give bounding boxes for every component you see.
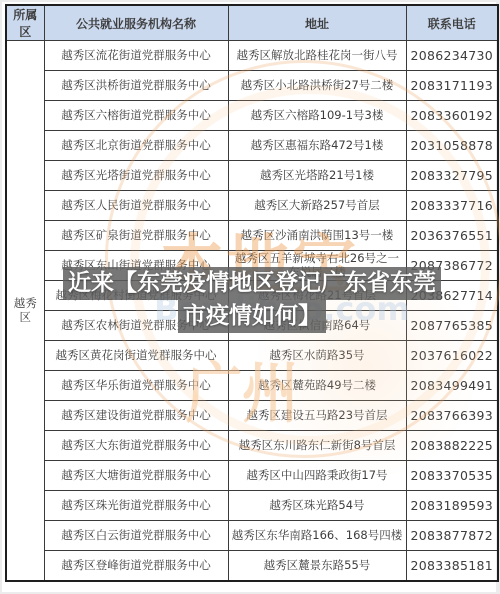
cell-address: 越秀区珠光路54号 [228,491,406,521]
col-header-address: 地址 [228,5,406,41]
cell-address: 越秀区麓景东路55号 [228,551,406,582]
cell-name: 越秀区人民街道党群服务中心 [44,191,228,221]
table-row: 越秀区越秀区流花街道党群服务中心越秀区解放北路桂花岗一街八号2086234730 [6,41,498,71]
cell-name: 越秀区黄花岗街道党群服务中心 [44,341,228,371]
col-header-district: 所属区 [6,5,44,41]
cell-address: 越秀区小北路洪桥街27号二楼 [228,71,406,101]
cell-name: 越秀区洪桥街道党群服务中心 [44,71,228,101]
table-row: 越秀区农林街道党群服务中心越秀区执信南路64号2087765385 [6,311,498,341]
cell-address: 越秀区麓苑路49号二楼 [228,371,406,401]
cell-name: 越秀区光塔街道党群服务中心 [44,161,228,191]
cell-phone: 2083882225 [406,431,498,461]
cell-name: 越秀区白云街道党群服务中心 [44,521,228,551]
cell-phone: 2083499491 [406,371,498,401]
cell-phone: 2083337716 [406,191,498,221]
cell-phone: 2083327795 [406,161,498,191]
table-row: 越秀区华乐街道党群服务中心越秀区麓苑路49号二楼2083499491 [6,371,498,401]
cell-phone: 2087765385 [406,311,498,341]
cell-address: 越秀区水荫路35号 [228,341,406,371]
table-row: 越秀区东山街道党群服务中心越秀区五羊新城寺右北26号之一东悦居二楼2087386… [6,251,498,281]
cell-name: 越秀区北京街道党群服务中心 [44,131,228,161]
service-centers-table: 所属区 公共就业服务机构名称 地址 联系电话 越秀区越秀区流花街道党群服务中心越… [5,4,499,582]
cell-address: 越秀区建设五马路23号首层 [228,401,406,431]
cell-phone: 2083766393 [406,401,498,431]
cell-phone: 2083189593 [406,491,498,521]
cell-name: 越秀区矿泉街道党群服务中心 [44,221,228,251]
cell-address: 越秀区六榕路109-1号3楼 [228,101,406,131]
table-row: 越秀区珠光街道党群服务中心越秀区珠光路54号2083189593 [6,491,498,521]
table-row: 越秀区大东街道党群服务中心越秀区东川路东仁新街8号首层2083882225 [6,431,498,461]
cell-phone: 2037616022 [406,341,498,371]
cell-address: 越秀区执信南路64号 [228,311,406,341]
cell-name: 越秀区登峰街道党群服务中心 [44,551,228,582]
cell-phone: 2083877872 [406,521,498,551]
header-row: 所属区 公共就业服务机构名称 地址 联系电话 [6,5,498,41]
cell-address: 越秀区惠福东路472号1楼 [228,131,406,161]
table-body: 越秀区越秀区流花街道党群服务中心越秀区解放北路桂花岗一街八号2086234730… [6,41,498,582]
cell-address: 越秀区梅花路21号首层 [228,281,406,311]
col-header-phone: 联系电话 [406,5,498,41]
table-row: 越秀区矿泉街道党群服务中心越秀区沙涌南洪荫围13号一楼2036376551 [6,221,498,251]
cell-address: 越秀区中山四路秉政街17号 [228,461,406,491]
cell-address: 越秀区沙涌南洪荫围13号一楼 [228,221,406,251]
cell-name: 越秀区流花街道党群服务中心 [44,41,228,71]
table-row: 越秀区白云街道党群服务中心越秀区东华南路166、168号四楼2083877872 [6,521,498,551]
page: 所属区 公共就业服务机构名称 地址 联系电话 越秀区越秀区流花街道党群服务中心越… [2,2,496,592]
cell-phone: 2083385181 [406,551,498,582]
cell-address: 越秀区东川路东仁新街8号首层 [228,431,406,461]
cell-name: 越秀区东山街道党群服务中心 [44,251,228,281]
cell-phone: 2083370535 [406,461,498,491]
table-row: 越秀区光塔街道党群服务中心越秀区光塔路21号1楼2083327795 [6,161,498,191]
table-row: 越秀区六榕街道党群服务中心越秀区六榕路109-1号3楼2083360192 [6,101,498,131]
table-row: 越秀区黄花岗街道党群服务中心越秀区水荫路35号2037616022 [6,341,498,371]
cell-name: 越秀区大塘街道党群服务中心 [44,461,228,491]
table-header: 所属区 公共就业服务机构名称 地址 联系电话 [6,5,498,41]
table-row: 越秀区大塘街道党群服务中心越秀区中山四路秉政街17号2083370535 [6,461,498,491]
cell-name: 越秀区农林街道党群服务中心 [44,311,228,341]
cell-phone: 2086234730 [406,41,498,71]
table-row: 越秀区洪桥街道党群服务中心越秀区小北路洪桥街27号二楼2083171193 [6,71,498,101]
cell-address: 越秀区光塔路21号1楼 [228,161,406,191]
cell-phone: 2038627714 [406,281,498,311]
table-row: 越秀区建设街道党群服务中心越秀区建设五马路23号首层2083766393 [6,401,498,431]
cell-phone: 2036376551 [406,221,498,251]
cell-name: 越秀区珠光街道党群服务中心 [44,491,228,521]
cell-address: 越秀区大新路257号首层 [228,191,406,221]
cell-name: 越秀区梅花村街道党群服务中心 [44,281,228,311]
cell-address: 越秀区五羊新城寺右北26号之一东悦居二楼 [228,251,406,281]
cell-address: 越秀区解放北路桂花岗一街八号 [228,41,406,71]
cell-name: 越秀区大东街道党群服务中心 [44,431,228,461]
col-header-institution: 公共就业服务机构名称 [44,5,228,41]
table-row: 越秀区北京街道党群服务中心越秀区惠福东路472号1楼2031058878 [6,131,498,161]
cell-phone: 2083360192 [406,101,498,131]
district-cell: 越秀区 [6,41,44,582]
cell-phone: 2087386772 [406,251,498,281]
table-row: 越秀区登峰街道党群服务中心越秀区麓景东路55号2083385181 [6,551,498,582]
table-row: 越秀区人民街道党群服务中心越秀区大新路257号首层2083337716 [6,191,498,221]
table-row: 越秀区梅花村街道党群服务中心越秀区梅花路21号首层2038627714 [6,281,498,311]
cell-name: 越秀区建设街道党群服务中心 [44,401,228,431]
cell-name: 越秀区华乐街道党群服务中心 [44,371,228,401]
cell-phone: 2083171193 [406,71,498,101]
cell-address: 越秀区东华南路166、168号四楼 [228,521,406,551]
cell-name: 越秀区六榕街道党群服务中心 [44,101,228,131]
cell-phone: 2031058878 [406,131,498,161]
